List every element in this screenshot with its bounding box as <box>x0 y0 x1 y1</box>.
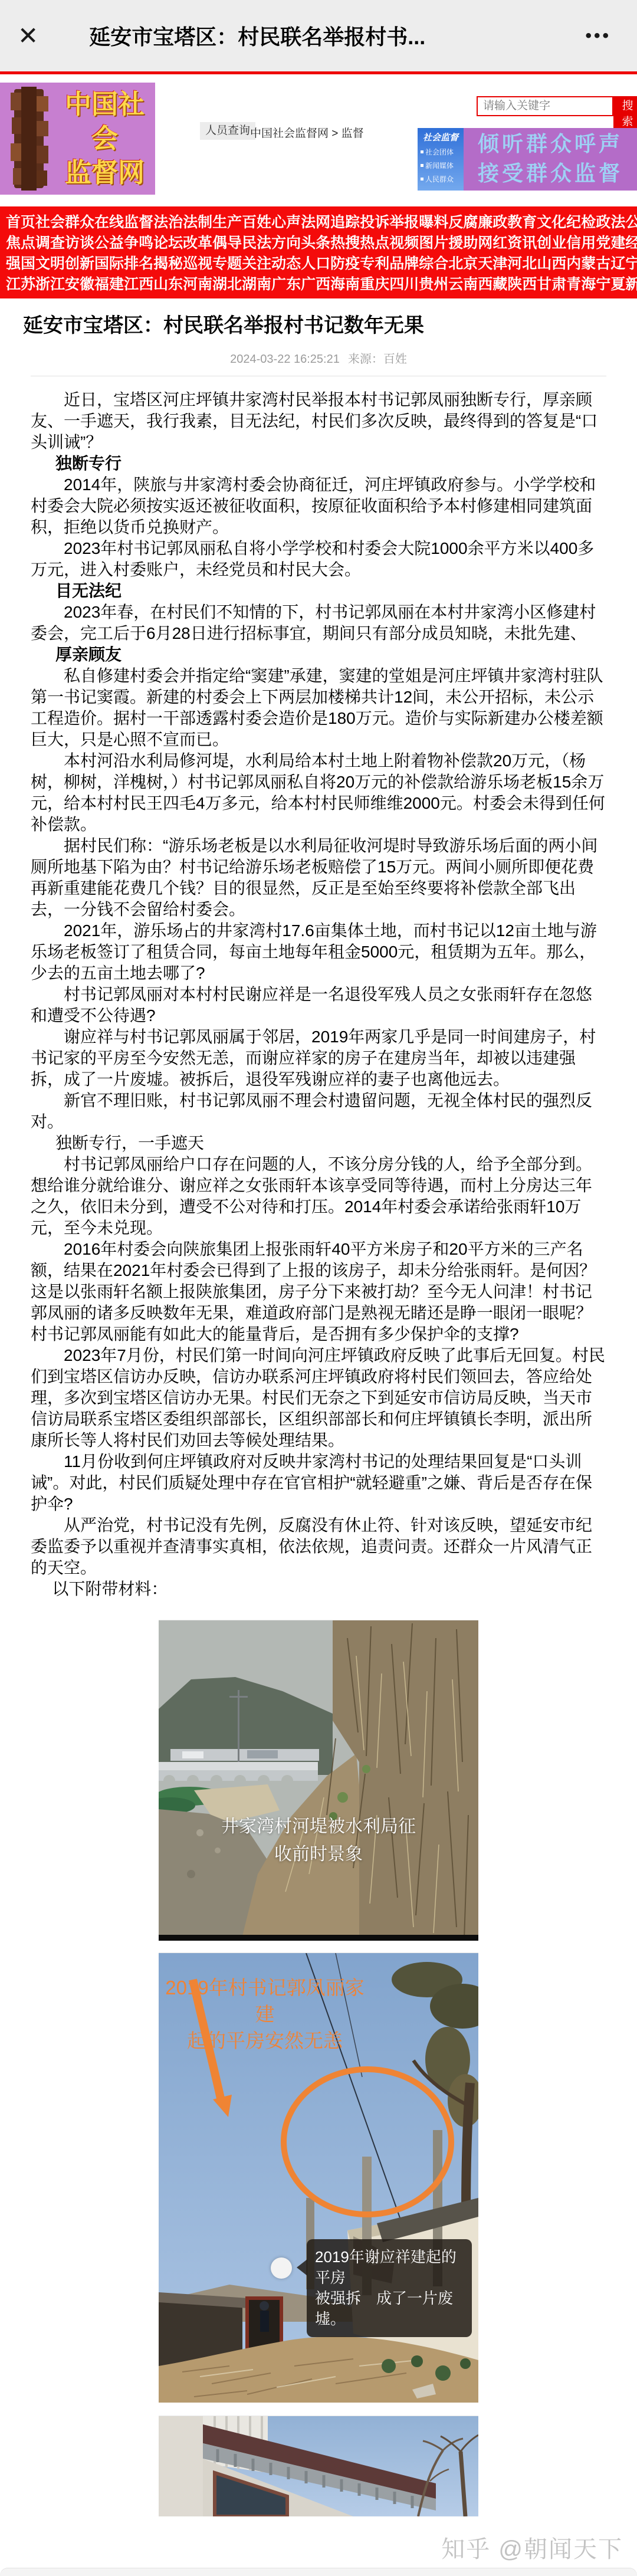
article-paragraph: 2021年，游乐场占的井家湾村17.6亩集体土地，而村书记以12亩土地与游乐场老… <box>31 920 606 984</box>
nav-link[interactable]: 党建 <box>596 231 625 252</box>
article: 延安市宝塔区：村民联名举报村书记数年无果 2024-03-22 16:25:21… <box>0 313 637 2516</box>
nav-link[interactable]: 社会 <box>35 211 65 232</box>
article-paragraph: 本村河沿水利局修河堤，水利局给本村土地上附着物补偿款20万元，（杨树，柳树，洋槐… <box>31 750 606 835</box>
nav-link[interactable]: 头条 <box>301 231 330 252</box>
banner-side-title: 社会监督 <box>421 131 461 143</box>
nav-link[interactable]: 法网 <box>301 211 330 232</box>
nav-link[interactable]: 揭秘 <box>153 252 183 273</box>
photo-caption: 井家湾村河堤被水利局征 收前时景象 <box>159 1813 478 1868</box>
nav-row-2: 焦点调查访谈公益争鸣论坛改革偶导民法方向头条热搜热点视频图片援助网红资讯创业信用… <box>6 231 631 252</box>
nav-link[interactable]: 反腐 <box>448 211 478 232</box>
nav-link[interactable]: 创新 <box>65 252 94 273</box>
article-paragraph: 目无法纪 <box>31 580 606 602</box>
nav-link[interactable]: 纪检 <box>566 211 596 232</box>
nav-link[interactable]: 公益 <box>94 231 124 252</box>
nav-link[interactable]: 争鸣 <box>124 231 153 252</box>
article-paragraph: 村书记郭凤丽对本村村民谢应祥是一名退役军残人员之女张雨轩存在忽悠和遭受不公待遇? <box>31 984 606 1026</box>
article-date: 2024-03-22 16:25:21 <box>230 353 340 366</box>
nav-link[interactable]: 热搜 <box>330 231 360 252</box>
totem-pillar-image <box>4 87 54 191</box>
breadcrumb[interactable]: 中国社会监督网 > 监督 <box>250 124 364 140</box>
nav-link[interactable]: 偶导 <box>212 231 242 252</box>
banner-side-panel: 社会监督 社会团体新闻媒体人民群众 <box>418 128 464 191</box>
nav-link[interactable]: 江西 <box>124 273 153 294</box>
article-paragraph: 2023年村书记郭凤丽私自将小学学校和村委会大院1000余平方米以400多万元，… <box>31 538 606 580</box>
nav-link[interactable]: 西藏 <box>478 273 507 294</box>
close-icon[interactable]: ✕ <box>18 21 38 50</box>
nav-link[interactable]: 防疫 <box>330 252 360 273</box>
nav-link[interactable]: 群众 <box>65 211 94 232</box>
nav-link[interactable]: 焦点 <box>6 231 35 252</box>
nav-link[interactable]: 心声 <box>271 211 301 232</box>
nav-link[interactable]: 监督 <box>124 211 153 232</box>
nav-link[interactable]: 国际 <box>94 252 124 273</box>
article-source: 来源：百姓 <box>348 353 407 366</box>
nav-link[interactable]: 图片 <box>419 231 448 252</box>
nav-link[interactable]: 安徽 <box>65 273 94 294</box>
photo-demolished-house: 2019年村书记郭凤丽家建 起的平房安然无恙 2019年谢应祥建起的平房 被强拆… <box>159 1952 478 2403</box>
article-paragraph: 11月份收到何庄坪镇政府对反映井家湾村书记的处理结果回复是“口头训诫”。对此，村… <box>31 1451 606 1515</box>
nav-link[interactable]: 方向 <box>271 231 301 252</box>
site-logo[interactable]: 中国社会 监督网 <box>0 83 155 195</box>
nav-link[interactable]: 视频 <box>389 231 419 252</box>
article-paragraph: 据村民们称：“游乐场老板是以水利局征收河堤时导致游乐场后面的两小间厕所地基下陷为… <box>31 835 606 920</box>
nav-link[interactable]: 投诉 <box>360 211 389 232</box>
article-paragraph: 2016年村委会向陕旅集团上报张雨轩40平方米房子和20平方米的三产名额，结果在… <box>31 1239 606 1345</box>
nav-link[interactable]: 北京 <box>448 252 478 273</box>
nav-link[interactable]: 广西 <box>301 273 330 294</box>
nav-row-3: 强国文明创新国际排名揭秘巡视专题关注动态人口防疫专利品牌综合北京天津河北山西内蒙… <box>6 252 631 273</box>
banner-slogan: 倾听群众呼声 接受群众监督 <box>464 128 637 191</box>
bottom-sheet-handle[interactable] <box>0 2568 637 2576</box>
article-paragraph: 私自修建村委会并指定给“窦建”承建，窦建的堂姐是河庄坪镇井家湾村驻队第一书记窦霞… <box>31 665 606 750</box>
article-paragraph: 2023年7月份，村民们第一时间向河庄坪镇政府反映了此事后无回复。村民们到宝塔区… <box>31 1345 606 1451</box>
nav-link[interactable]: 改革 <box>183 231 212 252</box>
nav-link[interactable]: 文明 <box>35 252 65 273</box>
nav-link[interactable]: 贵州 <box>419 273 448 294</box>
nav-link[interactable]: 经济 <box>625 231 637 252</box>
nav-link[interactable]: 宁夏 <box>596 273 625 294</box>
article-paragraph: 谢应祥与村书记郭凤丽属于邻居，2019年两家几乎是同一时间建房子，村书记家的平房… <box>31 1026 606 1090</box>
nav-link[interactable]: 海南 <box>330 273 360 294</box>
nav-link[interactable]: 举报 <box>389 211 419 232</box>
nav-link[interactable]: 山西 <box>537 252 566 273</box>
nav-link[interactable]: 民法 <box>242 231 271 252</box>
nav-link[interactable]: 追踪 <box>330 211 360 232</box>
nav-link[interactable]: 生产 <box>212 211 242 232</box>
nav-link[interactable]: 江苏 <box>6 273 35 294</box>
article-paragraph: 从严治党，村书记没有先例，反腐没有休止符、针对该反映，望延安市纪委监委予以重视并… <box>31 1515 606 1579</box>
article-paragraph: 独断专行 <box>31 453 606 474</box>
nav-link[interactable]: 辽宁 <box>610 252 637 273</box>
nav-link[interactable]: 信用 <box>566 231 596 252</box>
nav-link[interactable]: 热点 <box>360 231 389 252</box>
nav-link[interactable]: 百姓 <box>242 211 271 232</box>
banner-side-item: 社会团体 <box>421 147 461 157</box>
nav-link[interactable]: 资讯 <box>507 231 537 252</box>
nav-link[interactable]: 重庆 <box>360 273 389 294</box>
search-button[interactable]: 搜索 <box>613 96 637 129</box>
nav-link[interactable]: 政法 <box>596 211 625 232</box>
article-paragraph: 以下附带材料： <box>31 1579 606 1600</box>
photo-tooltip: 2019年谢应祥建起的平房 被强拆 成了一片废墟。 <box>307 2239 472 2337</box>
nav-link[interactable]: 网红 <box>478 231 507 252</box>
article-body: 近日，宝塔区河庄坪镇井家湾村民举报本村书记郭凤丽独断专行，厚亲顾友、一手遮天，我… <box>31 376 606 1600</box>
nav-link[interactable]: 湖北 <box>212 273 242 294</box>
page-title-topbar: 延安市宝塔区：村民联名举报村书... <box>89 21 425 51</box>
nav-link[interactable]: 陕西 <box>507 273 537 294</box>
nav-row-4: 江苏浙江安徽福建江西山东河南湖北湖南广东广西海南重庆四川贵州云南西藏陕西甘肃青海… <box>6 273 631 293</box>
nav-link[interactable]: 排名 <box>124 252 153 273</box>
article-paragraph: 近日，宝塔区河庄坪镇井家湾村民举报本村书记郭凤丽独断专行，厚亲顾友、一手遮天，我… <box>31 389 606 453</box>
nav-link[interactable]: 文化 <box>537 211 566 232</box>
nav-link[interactable]: 教育 <box>507 211 537 232</box>
article-title: 延安市宝塔区：村民联名举报村书记数年无果 <box>23 313 606 339</box>
article-paragraph: 独断专行，一手遮天 <box>31 1133 606 1154</box>
nav-link[interactable]: 品牌 <box>389 252 419 273</box>
photo-river-embankment: 井家湾村河堤被水利局征 收前时景象 <box>159 1620 478 1941</box>
nav-link[interactable]: 湖南 <box>242 273 271 294</box>
nav-link[interactable]: 专题 <box>212 252 242 273</box>
nav-link[interactable]: 内蒙古 <box>566 252 610 273</box>
nav-link[interactable]: 廉政 <box>478 211 507 232</box>
nav-link[interactable]: 曝料 <box>419 211 448 232</box>
article-paragraph: 厚亲顾友 <box>31 644 606 665</box>
nav-link[interactable]: 天津 <box>478 252 507 273</box>
nav-link[interactable]: 河北 <box>507 252 537 273</box>
nav-row-1: 首页社会群众在线监督法治法制生产百姓心声法网追踪投诉举报曝料反腐廉政教育文化纪检… <box>6 211 631 231</box>
nav-link[interactable]: 在线 <box>94 211 124 232</box>
personnel-query-link[interactable]: 人员查询 <box>200 122 255 140</box>
zhihu-watermark: 知乎 @朝闻天下 <box>441 2531 623 2564</box>
nav-link[interactable]: 河南 <box>183 273 212 294</box>
search-bar: 搜索 <box>477 96 637 129</box>
banner-side-item: 新闻媒体 <box>421 160 461 170</box>
nav-link[interactable]: 人口 <box>301 252 330 273</box>
river-embankment-image <box>159 1620 478 1941</box>
nav-link[interactable]: 青海 <box>566 273 596 294</box>
article-paragraph: 村书记郭凤丽给户口存在问题的人，不该分房分钱的人，给予全部分到。想给谁分就给谁分… <box>31 1154 606 1239</box>
nav-link[interactable]: 法制 <box>183 211 212 232</box>
nav-link[interactable]: 云南 <box>448 273 478 294</box>
photo-house-eave <box>159 2416 478 2516</box>
nav-link[interactable]: 法治 <box>153 211 183 232</box>
nav-link[interactable]: 专利 <box>360 252 389 273</box>
top-app-bar: ✕ 延安市宝塔区：村民联名举报村书... ••• <box>0 0 637 71</box>
nav-link[interactable]: 福建 <box>94 273 124 294</box>
nav-link[interactable]: 论坛 <box>153 231 183 252</box>
nav-link[interactable]: 公安 <box>625 211 637 232</box>
nav-link[interactable]: 新疆 <box>625 273 637 294</box>
nav-link[interactable]: 援助 <box>448 231 478 252</box>
nav-link[interactable]: 动态 <box>271 252 301 273</box>
search-input[interactable] <box>477 96 613 116</box>
nav-link[interactable]: 巡视 <box>183 252 212 273</box>
nav-link[interactable]: 浙江 <box>35 273 65 294</box>
photo-annotation: 2019年村书记郭凤丽家建 起的平房安然无恙 <box>165 1974 365 2054</box>
nav-link[interactable]: 首页 <box>6 211 35 232</box>
banner-side-item: 人民群众 <box>421 174 461 184</box>
house-eave-image <box>159 2416 478 2516</box>
nav-link[interactable]: 访谈 <box>65 231 94 252</box>
more-menu-icon[interactable]: ••• <box>585 26 611 46</box>
logo-text: 中国社会 监督网 <box>54 87 155 190</box>
article-meta: 2024-03-22 16:25:21来源：百姓 <box>31 349 606 366</box>
nav-link[interactable]: 山东 <box>153 273 183 294</box>
article-paragraph: 新官不理旧账，村书记郭凤丽不理会村遗留问题，无视全体村民的强烈反对。 <box>31 1090 606 1133</box>
nav-link[interactable]: 关注 <box>242 252 271 273</box>
article-paragraph: 2014年，陕旅与井家湾村委会协商征迁，河庄坪镇政府参与。小学学校和村委会大院必… <box>31 474 606 538</box>
nav-link[interactable]: 四川 <box>389 273 419 294</box>
article-paragraph: 2023年春，在村民们不知情的下，村书记郭凤丽在本村井家湾小区修建村委会，完工后… <box>31 602 606 644</box>
main-nav: 首页社会群众在线监督法治法制生产百姓心声法网追踪投诉举报曝料反腐廉政教育文化纪检… <box>0 206 637 298</box>
marker-dot <box>271 2257 292 2279</box>
site-header: 中国社会 监督网 人员查询 中国社会监督网 > 监督 搜索 社会监督 社会团体新… <box>0 74 637 206</box>
nav-link[interactable]: 强国 <box>6 252 35 273</box>
nav-link[interactable]: 广东 <box>271 273 301 294</box>
nav-link[interactable]: 调查 <box>35 231 65 252</box>
nav-link[interactable]: 综合 <box>419 252 448 273</box>
page: ✕ 延安市宝塔区：村民联名举报村书... ••• 中国社会 监督网 <box>0 0 637 2576</box>
nav-link[interactable]: 创业 <box>537 231 566 252</box>
nav-link[interactable]: 甘肃 <box>537 273 566 294</box>
supervision-banner: 社会监督 社会团体新闻媒体人民群众 倾听群众呼声 接受群众监督 <box>418 128 637 191</box>
